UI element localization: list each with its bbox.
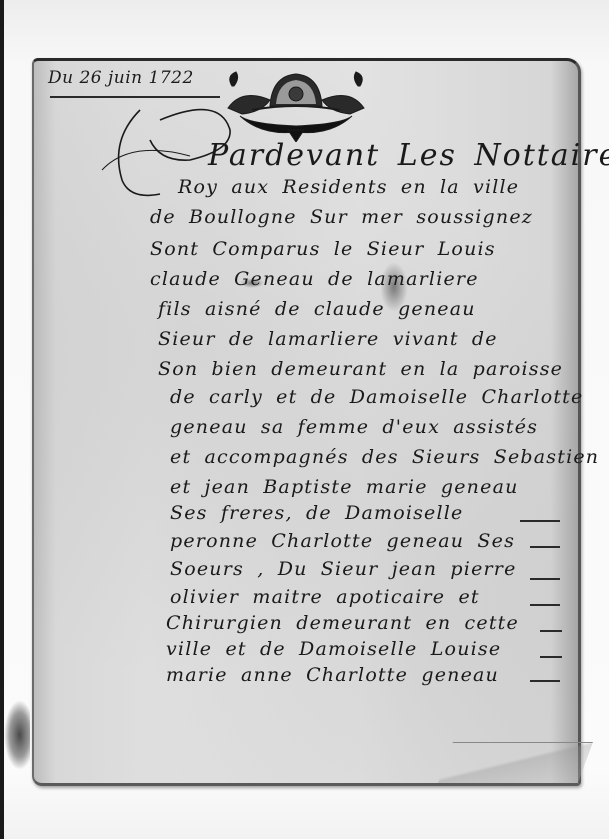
line-filler-dash: [530, 546, 560, 548]
text-line: de carly et de Damoiselle Charlotte: [170, 386, 583, 408]
text-line: Sont Comparus le Sieur Louis: [150, 238, 496, 260]
line-filler-dash: [520, 520, 560, 522]
text-line: Soeurs , Du Sieur jean pierre: [170, 558, 517, 580]
text-line: et accompagnés des Sieurs Sebastien: [170, 446, 599, 468]
line-filler-dash: [530, 578, 560, 580]
text-line: de Boullogne Sur mer soussignez: [150, 206, 533, 228]
text-line: Son bien demeurant en la paroisse: [158, 358, 563, 380]
text-line: Roy aux Residents en la ville: [178, 176, 519, 198]
line-filler-dash: [540, 656, 562, 658]
line-filler-dash: [540, 630, 562, 632]
manuscript-text: Pardevant Les Nottaires Roy aux Resident…: [0, 0, 609, 839]
text-line: Pardevant Les Nottaires: [208, 138, 609, 173]
line-filler-dash: [530, 604, 560, 606]
text-line: et jean Baptiste marie geneau: [170, 476, 519, 498]
text-line: Chirurgien demeurant en cette: [166, 612, 519, 634]
text-line: ville et de Damoiselle Louise: [166, 638, 501, 660]
text-line: peronne Charlotte geneau Ses: [170, 530, 515, 552]
text-line: fils aisné de claude geneau: [158, 298, 476, 320]
text-line: claude Geneau de lamarliere: [150, 268, 479, 290]
line-filler-dash: [530, 680, 560, 682]
text-line: Ses freres, de Damoiselle: [170, 502, 464, 524]
text-line: marie anne Charlotte geneau: [166, 664, 499, 686]
text-line: geneau sa femme d'eux assistés: [170, 416, 538, 438]
text-line: Sieur de lamarliere vivant de: [158, 328, 498, 350]
text-line: olivier maitre apoticaire et: [170, 586, 480, 608]
